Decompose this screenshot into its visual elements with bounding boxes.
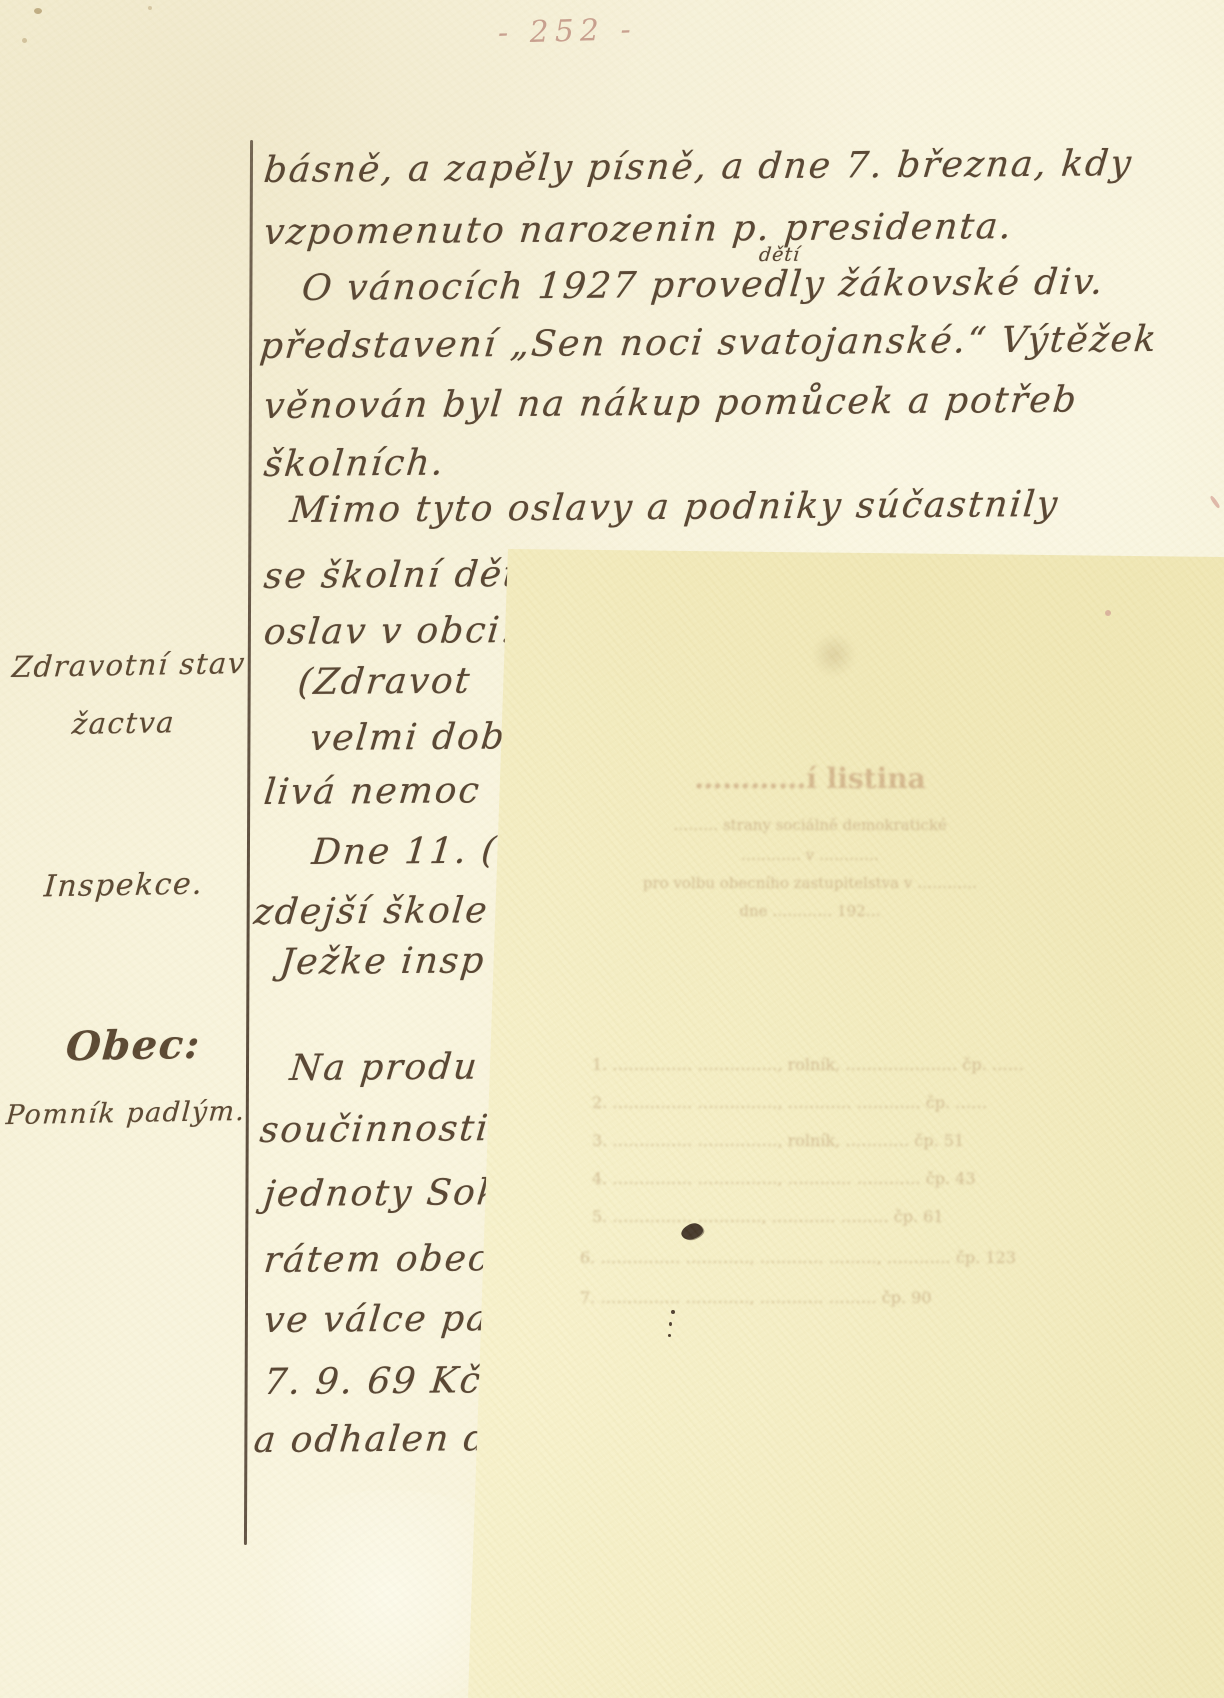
handwritten-line: O vánocích 1927 provedly žákovské div. xyxy=(300,262,1106,309)
handwritten-line: oslav v obci. xyxy=(262,610,517,653)
margin-rule-line xyxy=(244,140,253,1545)
handwritten-line: Na produ xyxy=(288,1046,481,1089)
pink-mark xyxy=(1209,495,1220,509)
handwritten-line: (Zdravot xyxy=(296,661,473,703)
handwritten-line: ve válce pad xyxy=(262,1298,517,1341)
handwritten-line: zdejší škole p xyxy=(252,890,529,933)
leaflet-print-line: pro volbu obecního zastupitelstva v ………… xyxy=(580,874,1040,892)
foxing-spot xyxy=(148,6,152,10)
leaflet-print-title: …………í listina xyxy=(600,762,1020,795)
superscript-insert-word: dětí xyxy=(758,244,801,266)
handwritten-line: velmi dobr xyxy=(308,716,527,759)
margin-note-pomnik-padlym: Pomník padlým. xyxy=(5,1096,247,1131)
handwritten-line: věnován byl na nákup pomůcek a potřeb xyxy=(262,380,1080,427)
leaflet-print-line: ……… strany sociálně demokratické xyxy=(580,816,1040,834)
leaflet-list-line: 5. …………… …………, ………… ……… čp. 61 xyxy=(592,1207,944,1226)
handwritten-line: Ježke insp xyxy=(278,940,487,983)
handwritten-line: představení „Sen noci svatojanské.“ Výtě… xyxy=(258,319,1160,367)
leaflet-list-line: 3. …………… ……………, rolník, ………… čp. 51 xyxy=(592,1131,964,1150)
handwritten-line: Dne 11. ( xyxy=(310,831,500,873)
handwritten-line: součinnosti s xyxy=(258,1108,525,1151)
ink-speck xyxy=(671,1310,675,1314)
emblem-smudge xyxy=(812,632,856,678)
leaflet-list-line: 2. …………… ……………, ………… ………… čp. …… xyxy=(592,1093,987,1112)
handwritten-line: školních. xyxy=(262,443,447,485)
foxing-spot xyxy=(22,38,27,43)
leaflet-print-line: dne ………… 192… xyxy=(580,902,1040,920)
margin-note-inspekce: Inspekce. xyxy=(43,867,205,905)
foxing-spot xyxy=(34,8,42,14)
margin-note-zdravotni-stav: Zdravotní stav xyxy=(11,646,247,684)
leaflet-list-line: 7. …………… …………, ………… ……… čp. 90 xyxy=(580,1288,932,1307)
inserted-leaflet-sheet: …………í listina ……… strany sociálně demokr… xyxy=(0,0,1224,1698)
margin-note-obec: Obec: xyxy=(64,1021,202,1070)
handwritten-line: a odhalen d xyxy=(252,1418,491,1461)
handwritten-line: se školní dět xyxy=(262,554,522,597)
handwritten-line: vzpomenuto narozenin p. presidenta. xyxy=(262,206,1015,253)
foxing-spot xyxy=(1105,610,1111,616)
margin-note-zactva: žactva xyxy=(71,705,177,741)
ink-speck xyxy=(669,1322,672,1326)
leaflet-list-line: 4. …………… ……………, ………… ………… čp. 43 xyxy=(592,1169,976,1188)
handwritten-line: Mimo tyto oslavy a podniky súčastnily xyxy=(288,484,1061,531)
leaflet-print-line: ………… v ………… xyxy=(580,846,1040,864)
leaflet-list-line: 6. …………… …………, ………… ………, ………… čp. 123 xyxy=(580,1248,1016,1267)
handwritten-line: livá nemoc xyxy=(262,770,483,813)
page-number: - 252 - xyxy=(498,12,637,51)
handwritten-line: básně, a zapěly písně, a dne 7. března, … xyxy=(262,143,1135,191)
ink-speck xyxy=(668,1334,671,1337)
leaflet-list-line: 1. …………… ……………, rolník, ………………… čp. …… xyxy=(592,1055,1024,1074)
scanned-chronicle-page: - 252 - Zdravotní stav žactva Inspekce. … xyxy=(0,0,1224,1698)
handwritten-line: rátem obecn xyxy=(262,1238,517,1281)
